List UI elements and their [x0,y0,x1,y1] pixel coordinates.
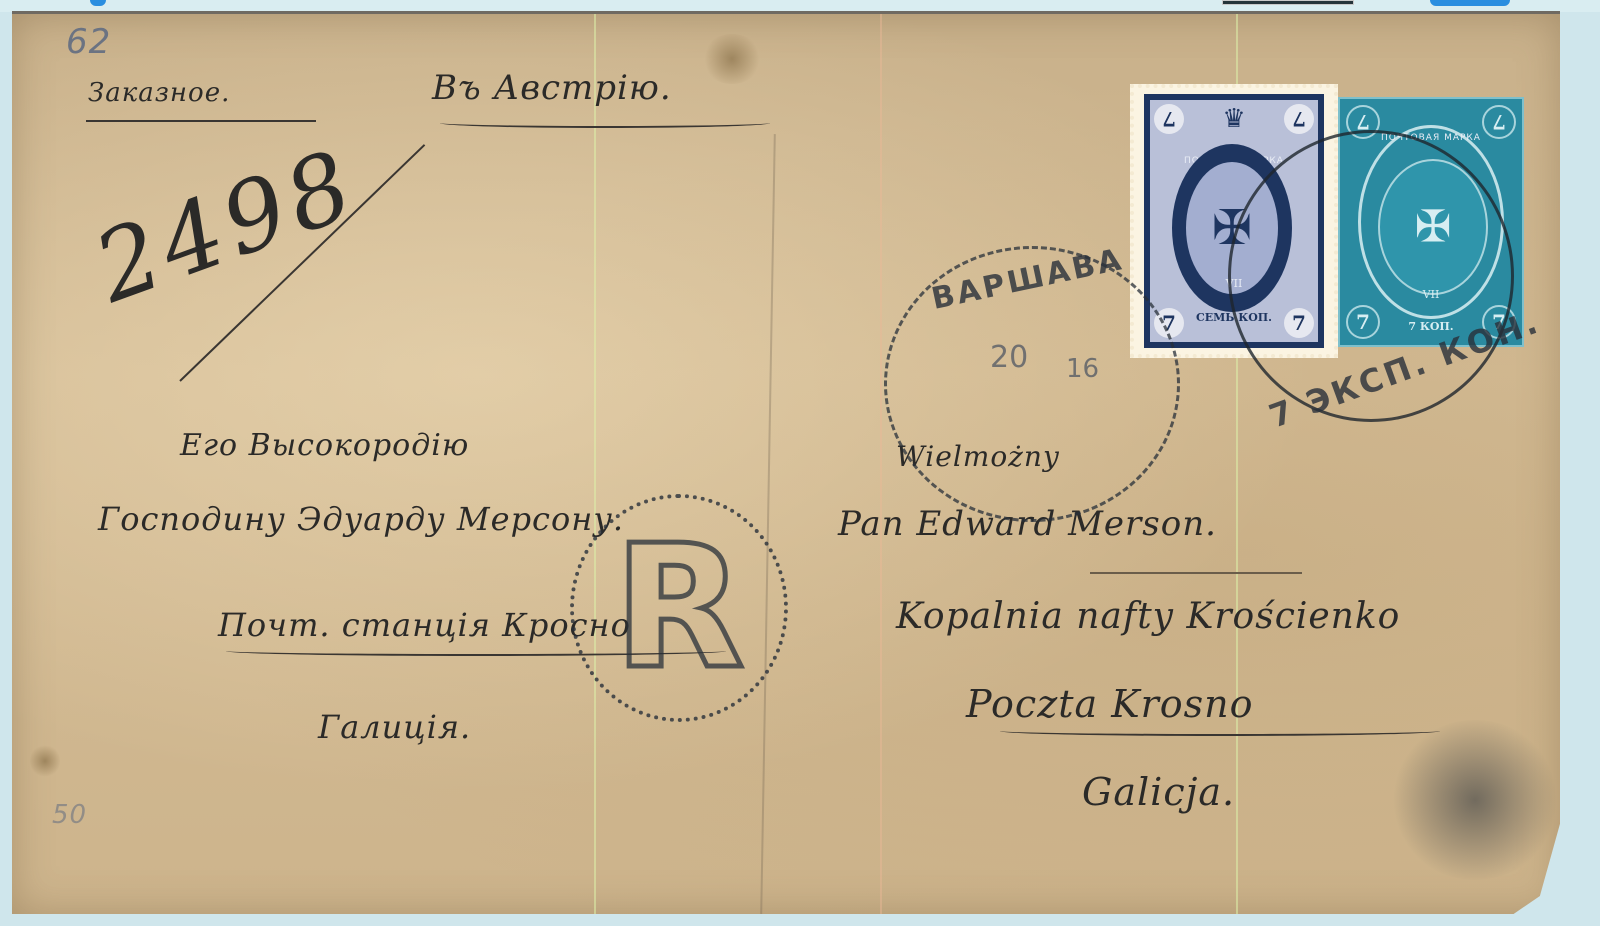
registered-note: Заказное. [88,78,230,108]
address-cyr-line3: Почт. станція Кросно [218,606,631,644]
dark-edge-mark [1222,0,1354,5]
fold-line [880,14,882,914]
crease-line [760,134,776,914]
blue-edge-mark [1430,0,1510,6]
underline [1090,564,1302,574]
postmark-day: 20 [990,340,1028,375]
underline [86,112,316,122]
stamp-corner-value: 7 [1482,105,1516,139]
address-cyr-line4: Галиція. [318,708,471,746]
crown-icon: ♛ [1222,104,1245,134]
stamp-corner-value: 7 [1154,104,1184,134]
address-pl-line4: Poczta Krosno [966,682,1254,726]
address-pl-line5: Galicja. [1082,770,1235,814]
pencil-note-top: 62 [66,22,111,62]
postmark-year: 16 [1066,354,1099,384]
registration-letter: R [614,509,745,707]
fold-line [594,14,596,914]
pencil-note-bottom: 50 [52,800,87,830]
destination-country-note: Въ Австрію. [432,68,672,108]
underline [1000,726,1440,736]
stamp-corner-value: 7 [1284,104,1314,134]
stain [30,744,60,778]
registration-mark: R [570,494,788,722]
address-pl-line3: Kopalnia nafty Krościenko [896,596,1400,637]
stain [702,34,762,84]
address-cyr-line1: Его Высокородію [180,428,469,463]
address-cyr-line2: Господину Эдуарду Мерсону. [98,500,624,538]
ink-smudge [1390,720,1560,880]
underline [440,118,770,128]
scan-background-strip [0,0,1600,12]
